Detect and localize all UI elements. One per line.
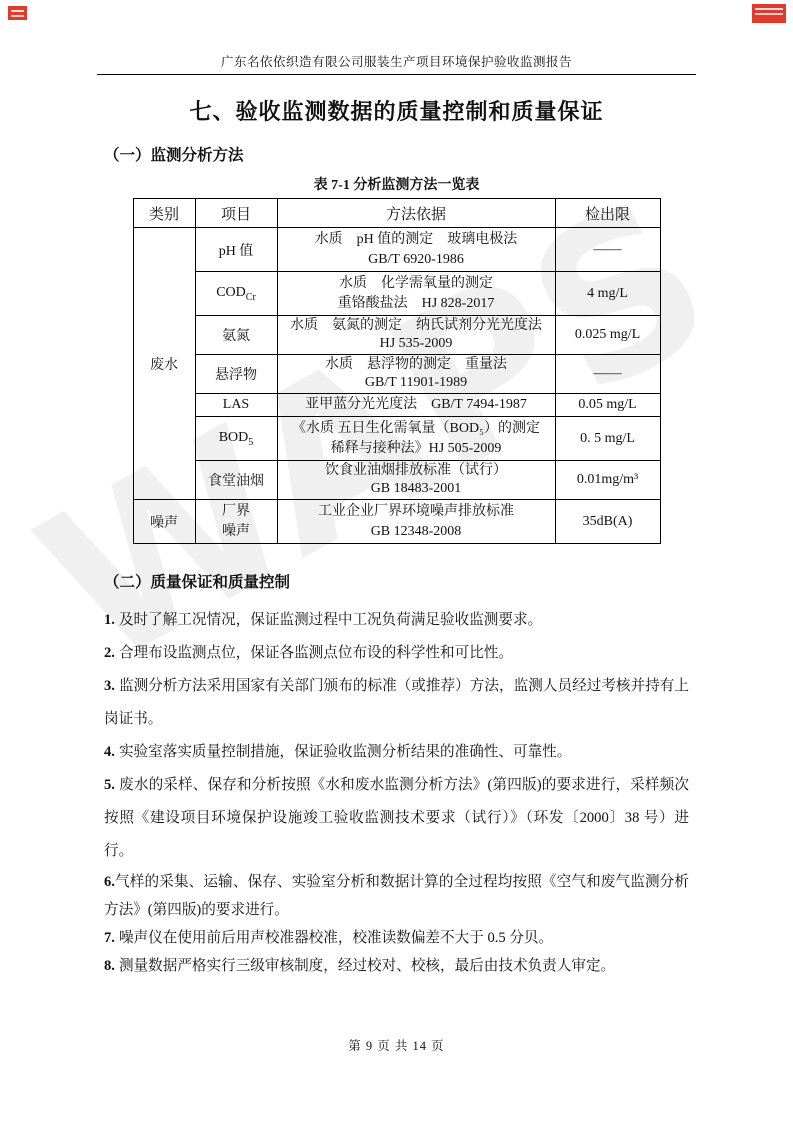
method-line-2: HJ 535-2009	[280, 335, 553, 353]
table-row: 食堂油烟 饮食业油烟排放标准（试行） GB 18483-2001 0.01mg/…	[133, 461, 660, 500]
qc-item-1: 1.及时了解工况情况，保证监测过程中工况负荷满足验收监测要求。	[104, 604, 689, 637]
col-header-method: 方法依据	[277, 199, 555, 228]
table-row: BOD5 《水质 五日生化需氧量（BOD₅）的测定 稀释与接种法》HJ 505-…	[133, 417, 660, 461]
section-2-heading: （二）质量保证和质量控制	[104, 570, 793, 592]
method-line-2: 重铬酸盐法 HJ 828-2017	[280, 294, 553, 314]
limit-cell: ——	[555, 228, 660, 272]
category-noise: 噪声	[133, 500, 195, 544]
method-cell: 工业企业厂界环境噪声排放标准 GB 12348-2008	[277, 500, 555, 544]
qc-item-6: 6.气样的采集、运输、保存、实验室分析和数据计算的全过程均按照《空气和废气监测分…	[104, 868, 689, 924]
page-title: 七、验收监测数据的质量控制和质量保证	[0, 95, 793, 126]
method-cell: 水质 氨氮的测定 纳氏试剂分光光度法 HJ 535-2009	[277, 316, 555, 355]
table-7-1-title: 表 7-1 分析监测方法一览表	[0, 174, 793, 194]
analysis-methods-table: 类别 项目 方法依据 检出限 废水 pH 值 水质 pH 值的测定 玻璃电极法 …	[133, 198, 661, 544]
table-row: 氨氮 水质 氨氮的测定 纳氏试剂分光光度法 HJ 535-2009 0.025 …	[133, 316, 660, 355]
method-line-2: GB 18483-2001	[280, 480, 553, 498]
method-cell: 《水质 五日生化需氧量（BOD₅）的测定 稀释与接种法》HJ 505-2009	[277, 417, 555, 461]
method-line-1: 水质 悬浮物的测定 重量法	[280, 356, 553, 374]
item-subscript: 5	[248, 436, 253, 447]
table-row: 噪声 厂界 噪声 工业企业厂界环境噪声排放标准 GB 12348-2008 35…	[133, 500, 660, 544]
col-header-category: 类别	[133, 199, 195, 228]
limit-cell: 4 mg/L	[555, 272, 660, 316]
method-line-2: GB/T 6920-1986	[280, 250, 553, 270]
table-row: CODCr 水质 化学需氧量的测定 重铬酸盐法 HJ 828-2017 4 mg…	[133, 272, 660, 316]
method-cell: 饮食业油烟排放标准（试行） GB 18483-2001	[277, 461, 555, 500]
col-header-limit: 检出限	[555, 199, 660, 228]
document-page: WAPS 广东名依依织造有限公司服装生产项目环境保护验收监测报告 七、验收监测数…	[0, 0, 793, 1122]
table-row: 悬浮物 水质 悬浮物的测定 重量法 GB/T 11901-1989 ——	[133, 355, 660, 394]
limit-cell: 0.025 mg/L	[555, 316, 660, 355]
method-line-2: GB 12348-2008	[280, 522, 553, 542]
item-cell: 悬浮物	[195, 355, 277, 394]
category-wastewater: 废水	[133, 228, 195, 500]
method-line-2: 稀释与接种法》HJ 505-2009	[280, 439, 553, 459]
table-row: LAS 亚甲蓝分光光度法 GB/T 7494-1987 0.05 mg/L	[133, 394, 660, 417]
method-cell: 水质 化学需氧量的测定 重铬酸盐法 HJ 828-2017	[277, 272, 555, 316]
qa-qc-list: 1.及时了解工况情况，保证监测过程中工况负荷满足验收监测要求。 2.合理布设监测…	[104, 604, 689, 980]
section-1-heading: （一）监测分析方法	[104, 143, 793, 165]
page-number: 第 9 页 共 14 页	[0, 1036, 793, 1054]
limit-cell: ——	[555, 355, 660, 394]
item-cell: 氨氮	[195, 316, 277, 355]
method-line-1: 水质 pH 值的测定 玻璃电极法	[280, 230, 553, 250]
item-cell: CODCr	[195, 272, 277, 316]
method-line-1: 亚甲蓝分光光度法 GB/T 7494-1987	[280, 395, 553, 415]
method-line-2: GB/T 11901-1989	[280, 374, 553, 392]
limit-cell: 0. 5 mg/L	[555, 417, 660, 461]
table-header-row: 类别 项目 方法依据 检出限	[133, 199, 660, 228]
qc-item-8: 8.测量数据严格实行三级审核制度，经过校对、校核，最后由技术负责人审定。	[104, 952, 689, 980]
method-cell: 水质 pH 值的测定 玻璃电极法 GB/T 6920-1986	[277, 228, 555, 272]
limit-cell: 35dB(A)	[555, 500, 660, 544]
table-row: 废水 pH 值 水质 pH 值的测定 玻璃电极法 GB/T 6920-1986 …	[133, 228, 660, 272]
red-corner-stamp-right	[752, 4, 786, 23]
item-cell: LAS	[195, 394, 277, 417]
item-cell: 厂界 噪声	[195, 500, 277, 544]
item-cell: pH 值	[195, 228, 277, 272]
item-cell: 食堂油烟	[195, 461, 277, 500]
method-line-1: 水质 化学需氧量的测定	[280, 274, 553, 294]
item-subscript: Cr	[246, 291, 256, 302]
limit-cell: 0.05 mg/L	[555, 394, 660, 417]
header-rule	[97, 74, 696, 75]
col-header-item: 项目	[195, 199, 277, 228]
method-line-1: 饮食业油烟排放标准（试行）	[280, 462, 553, 480]
qc-item-4: 4.实验室落实质量控制措施，保证验收监测分析结果的准确性、可靠性。	[104, 736, 689, 769]
page-header-text: 广东名依依织造有限公司服装生产项目环境保护验收监测报告	[0, 0, 793, 70]
qc-item-5: 5.废水的采样、保存和分析按照《水和废水监测分析方法》(第四版)的要求进行，采样…	[104, 769, 689, 868]
method-cell: 水质 悬浮物的测定 重量法 GB/T 11901-1989	[277, 355, 555, 394]
method-line-1: 水质 氨氮的测定 纳氏试剂分光光度法	[280, 317, 553, 335]
qc-item-2: 2.合理布设监测点位，保证各监测点位布设的科学性和可比性。	[104, 637, 689, 670]
limit-cell: 0.01mg/m³	[555, 461, 660, 500]
qc-item-3: 3.监测分析方法采用国家有关部门颁布的标准（或推荐）方法，监测人员经过考核并持有…	[104, 670, 689, 736]
qc-item-7: 7.噪声仪在使用前后用声校准器校准，校准读数偏差不大于 0.5 分贝。	[104, 924, 689, 952]
method-cell: 亚甲蓝分光光度法 GB/T 7494-1987	[277, 394, 555, 417]
method-line-1: 《水质 五日生化需氧量（BOD₅）的测定	[280, 419, 553, 439]
method-line-1: 工业企业厂界环境噪声排放标准	[280, 502, 553, 522]
item-cell: BOD5	[195, 417, 277, 461]
red-corner-stamp-left	[8, 6, 27, 20]
